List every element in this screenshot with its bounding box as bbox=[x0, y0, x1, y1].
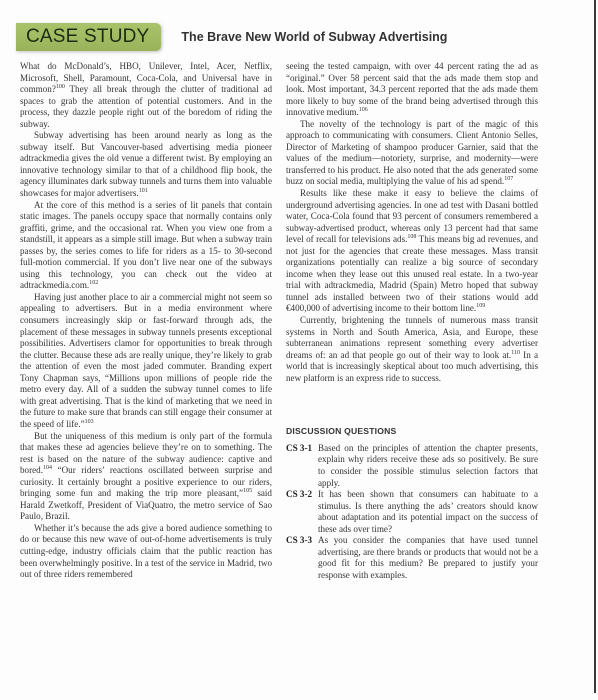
paragraph: What do McDonald’s, HBO, Unilever, Intel… bbox=[20, 61, 272, 130]
paragraph-text: They all break through the clutter of tr… bbox=[20, 84, 272, 129]
case-study-title: The Brave New World of Subway Advertisin… bbox=[181, 30, 447, 44]
paragraph-text: Having just another place to air a comme… bbox=[20, 292, 272, 429]
question-number: CS 3-3 bbox=[286, 535, 318, 581]
discussion-question: CS 3-2 It has been shown that consumers … bbox=[286, 489, 538, 535]
paragraph-text: Whether it’s because the ads give a bore… bbox=[20, 523, 272, 579]
footnote-ref: 103 bbox=[85, 419, 94, 425]
footnote-ref: 105 bbox=[243, 488, 252, 494]
paragraph: At the core of this method is a series o… bbox=[20, 200, 272, 292]
paragraph: The novelty of the technology is part of… bbox=[286, 119, 538, 188]
left-column: What do McDonald’s, HBO, Unilever, Intel… bbox=[20, 61, 272, 581]
footnote-ref: 100 bbox=[56, 84, 65, 90]
paragraph-text: The novelty of the technology is part of… bbox=[286, 119, 538, 187]
paragraph-text: At the core of this method is a series o… bbox=[20, 200, 272, 291]
question-number: CS 3-2 bbox=[286, 489, 318, 535]
question-text: It has been shown that consumers can hab… bbox=[318, 489, 538, 535]
footnote-ref: 102 bbox=[89, 280, 98, 286]
right-column: seeing the tested campaign, with over 44… bbox=[286, 61, 538, 581]
question-text: Based on the principles of attention the… bbox=[318, 443, 538, 489]
paragraph: Results like these make it easy to belie… bbox=[286, 188, 538, 315]
case-study-badge: CASE STUDY bbox=[16, 23, 161, 51]
footnote-ref: 104 bbox=[43, 465, 52, 471]
footnote-ref: 106 bbox=[359, 107, 368, 113]
discussion-question: CS 3-1 Based on the principles of attent… bbox=[286, 443, 538, 489]
paragraph: Having just another place to air a comme… bbox=[20, 292, 272, 431]
footnote-ref: 107 bbox=[504, 176, 513, 182]
paragraph-text: “Our riders’ reactions oscillated betwee… bbox=[20, 465, 272, 498]
page-edge-divider bbox=[594, 0, 596, 693]
paragraph: Subway advertising has been around nearl… bbox=[20, 130, 272, 199]
paragraph: Currently, brightening the tunnels of nu… bbox=[286, 315, 538, 384]
footnote-ref: 101 bbox=[139, 188, 148, 194]
question-text: As you consider the companies that have … bbox=[318, 535, 538, 581]
paragraph-text: seeing the tested campaign, with over 44… bbox=[286, 61, 538, 117]
case-study-header: CASE STUDY The Brave New World of Subway… bbox=[16, 22, 447, 52]
discussion-questions-heading: DISCUSSION QUESTIONS bbox=[286, 426, 538, 438]
paragraph: seeing the tested campaign, with over 44… bbox=[286, 61, 538, 119]
discussion-question: CS 3-3 As you consider the companies tha… bbox=[286, 535, 538, 581]
footnote-ref: 110 bbox=[511, 350, 520, 356]
paragraph-text: Currently, brightening the tunnels of nu… bbox=[286, 315, 538, 360]
question-number: CS 3-1 bbox=[286, 443, 318, 489]
textbook-page: CASE STUDY The Brave New World of Subway… bbox=[0, 0, 598, 700]
paragraph: Whether it’s because the ads give a bore… bbox=[20, 523, 272, 581]
paragraph: But the uniqueness of this medium is onl… bbox=[20, 431, 272, 523]
footnote-ref: 109 bbox=[476, 303, 485, 309]
paragraph-text: This means big ad revenues, and not just… bbox=[286, 234, 538, 313]
